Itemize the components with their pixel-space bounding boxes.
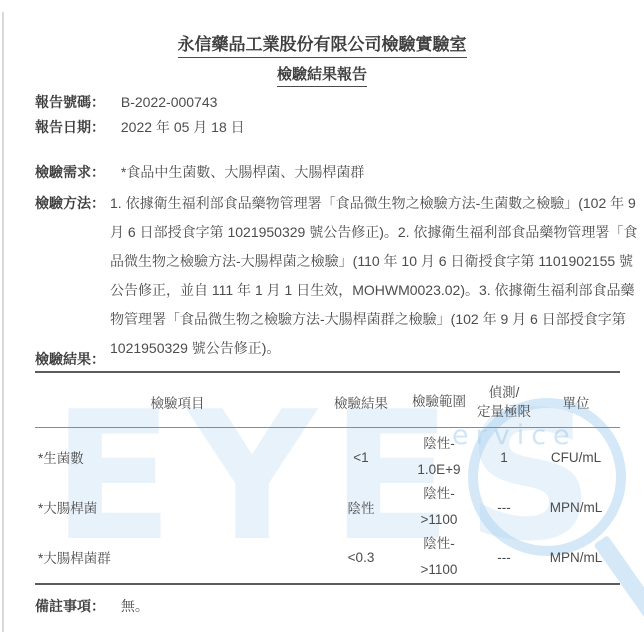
report-number-value: B-2022-000743 (121, 94, 218, 110)
table-row: *大腸桿菌 陰性 陰性- >1100 --- MPN/mL (35, 482, 620, 532)
remark-label: 備註事項： (35, 596, 109, 616)
header-item: 檢驗項目 (35, 392, 320, 412)
table-bottom-rule (35, 583, 620, 585)
test-method-text: 1. 依據衛生福利部食品藥物管理署「食品微生物之檢驗方法-生菌數之檢驗」(102… (110, 189, 630, 363)
test-method-label: 檢驗方法： (35, 193, 105, 213)
cell-result: <0.3 (320, 550, 402, 565)
cell-unit: MPN/mL (532, 550, 620, 565)
cell-item: *大腸桿菌 (35, 497, 320, 517)
table-top-rule (35, 371, 620, 373)
report-date-label: 報告日期： (35, 117, 109, 137)
result-table-body: *生菌數 <1 陰性- 1.0E+9 1 CFU/mL *大腸桿菌 陰性 陰性-… (35, 432, 620, 582)
organization-title: 永信藥品工業股份有限公司檢驗實驗室 (0, 30, 644, 55)
report-number-label: 報告號碼： (35, 92, 109, 112)
header-range: 檢驗範圍 (402, 389, 476, 415)
method-line: 1. 依據衛生福利部食品藥物管理署「食品微生物之檢驗方法-生菌數之檢驗」(102… (110, 189, 630, 218)
cell-limit: --- (476, 548, 532, 567)
table-row: *大腸桿菌群 <0.3 陰性- >1100 --- MPN/mL (35, 532, 620, 582)
cell-limit: 1 (476, 448, 532, 467)
report-date-row: 報告日期： 2022 年 05 月 18 日 (35, 117, 245, 137)
method-line: 公告修正，並自 111 年 1 月 1 日生效，MOHWM0023.02)。3.… (110, 276, 630, 305)
header-result: 檢驗結果 (320, 392, 402, 412)
remark-value: 無。 (121, 598, 149, 614)
header-rule (35, 427, 620, 428)
header-unit: 單位 (532, 392, 620, 412)
method-line: 物管理署「食品微生物之檢驗方法-大腸桿菌群之檢驗」(102 年 9 月 6 日部… (110, 305, 630, 334)
cell-range: 陰性- >1100 (402, 531, 476, 583)
cell-limit: --- (476, 498, 532, 517)
cell-result: 陰性 (320, 497, 402, 517)
method-line: 月 6 日部授食字第 1021950329 號公告修正)。2. 依據衛生福利部食… (110, 218, 630, 247)
table-header-row: 檢驗項目 檢驗結果 檢驗範圍 偵測/ 定量極限 單位 (35, 378, 620, 426)
cell-range: 陰性- 1.0E+9 (402, 431, 476, 483)
document-title: 檢驗結果報告 (0, 63, 644, 84)
cell-item: *生菌數 (35, 447, 320, 467)
test-request-label: 檢驗需求： (35, 162, 109, 182)
header-limit: 偵測/ 定量極限 (476, 383, 532, 421)
test-request-row: 檢驗需求： *食品中生菌數、大腸桿菌、大腸桿菌群 (35, 162, 364, 182)
report-date-value: 2022 年 05 月 18 日 (121, 119, 245, 135)
cell-unit: CFU/mL (532, 450, 620, 465)
test-request-value: *食品中生菌數、大腸桿菌、大腸桿菌群 (121, 164, 364, 180)
report-content: 永信藥品工業股份有限公司檢驗實驗室 檢驗結果報告 報告號碼： B-2022-00… (0, 0, 644, 644)
result-table: 檢驗項目 檢驗結果 檢驗範圍 偵測/ 定量極限 單位 (35, 378, 620, 426)
report-number-row: 報告號碼： B-2022-000743 (35, 92, 217, 112)
method-line: 1021950329 號公告修正)。 (110, 334, 630, 363)
cell-unit: MPN/mL (532, 500, 620, 515)
remark-row: 備註事項： 無。 (35, 596, 149, 616)
table-row: *生菌數 <1 陰性- 1.0E+9 1 CFU/mL (35, 432, 620, 482)
cell-item: *大腸桿菌群 (35, 547, 320, 567)
result-section-label: 檢驗結果： (35, 349, 105, 369)
lab-report-page: EYES ervice 永信藥品工業股份有限公司檢驗實驗室 檢驗結果報告 報告號… (0, 0, 644, 644)
cell-result: <1 (320, 450, 402, 465)
method-line: 品微生物之檢驗方法-大腸桿菌之檢驗」(110 年 10 月 6 日衛授食字第 1… (110, 247, 630, 276)
cell-range: 陰性- >1100 (402, 481, 476, 533)
